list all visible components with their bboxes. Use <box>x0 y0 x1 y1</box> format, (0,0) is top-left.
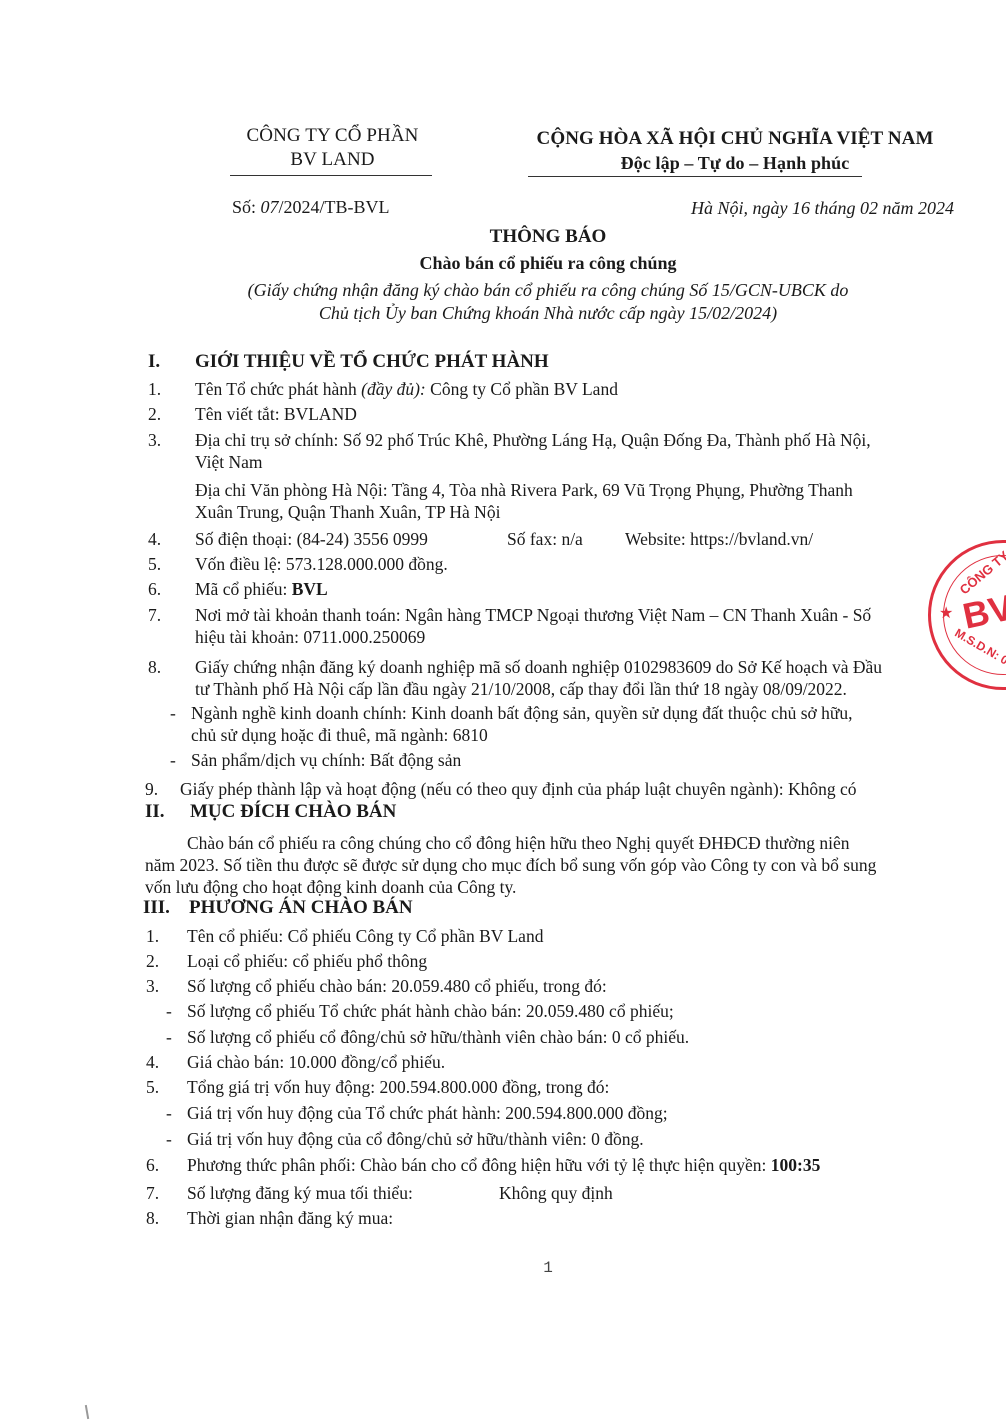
company-underline <box>230 175 432 176</box>
share-type: Loại cổ phiếu: cổ phiếu phổ thông <box>187 950 427 972</box>
certificate-note-line-1: (Giấy chứng nhận đăng ký chào bán cổ phi… <box>0 279 1006 302</box>
bank-account-line-1: Nơi mở tài khoản thanh toán: Ngân hàng T… <box>195 604 871 626</box>
doc-number-suffix: /2024/TB-BVL <box>279 197 390 217</box>
bullet: - <box>170 702 176 724</box>
share-name: Tên cổ phiếu: Cổ phiếu Công ty Cổ phần B… <box>187 925 543 947</box>
item-number: 9. <box>145 778 158 800</box>
business-registration-line-1: Giấy chứng nhận đăng ký doanh nghiệp mã … <box>195 656 882 678</box>
total-capital-raised: Tổng giá trị vốn huy động: 200.594.800.0… <box>187 1076 609 1098</box>
section-1-heading: GIỚI THIỆU VỀ TỔ CHỨC PHÁT HÀNH <box>195 351 549 373</box>
company-line-2: BV LAND <box>215 148 450 172</box>
item-number: 6. <box>148 578 161 600</box>
item-number: 7. <box>146 1182 159 1204</box>
item-number: 1. <box>148 378 161 400</box>
section-2-heading: MỤC ĐÍCH CHÀO BÁN <box>190 801 396 823</box>
charter-capital: Vốn điều lệ: 573.128.000.000 đồng. <box>195 553 448 575</box>
item-number: 4. <box>146 1051 159 1073</box>
national-header: CỘNG HÒA XÃ HỘI CHỦ NGHĨA VIỆT NAM Độc l… <box>505 127 965 175</box>
bullet: - <box>166 1128 172 1150</box>
purpose-paragraph-line-2: năm 2023. Số tiền thu được sẽ được sử dụ… <box>145 854 876 876</box>
issuer-full-name: Tên Tổ chức phát hành (đầy đủ): Công ty … <box>195 378 618 400</box>
section-2-number: II. <box>145 801 165 823</box>
document-number: Số: 07/2024/TB-BVL <box>232 197 390 218</box>
country-name: CỘNG HÒA XÃ HỘI CHỦ NGHĨA VIỆT NAM <box>505 127 965 151</box>
main-business-line-1: Ngành nghề kinh doanh chính: Kinh doanh … <box>191 702 853 724</box>
item-number: 8. <box>148 656 161 678</box>
distribution-method-label: Phương thức phân phối: Chào bán cho cổ đ… <box>187 1155 771 1175</box>
document-subtitle: Chào bán cổ phiếu ra công chúng <box>0 253 1006 274</box>
item-number: 8. <box>146 1207 159 1229</box>
shareholder-shares-offered: Số lượng cổ phiếu cổ đông/chủ sở hữu/thà… <box>187 1026 689 1048</box>
document-title: THÔNG BÁO <box>0 226 1006 248</box>
bank-account-line-2: hiệu tài khoản: 0711.000.250069 <box>195 626 425 648</box>
issuer-value: Công ty Cổ phần BV Land <box>426 379 618 399</box>
item-number: 3. <box>148 429 161 451</box>
head-office-address-line-2: Việt Nam <box>195 451 262 473</box>
purpose-paragraph-line-1: Chào bán cổ phiếu ra công chúng cho cổ đ… <box>187 832 849 854</box>
company-seal: CÔNG TY C ★ BV M.S.D.N: 010 <box>928 540 1006 690</box>
section-3-number: III. <box>143 897 170 919</box>
doc-number-handwritten: 07 <box>261 197 279 217</box>
stock-code-label: Mã cổ phiếu: <box>195 579 292 599</box>
main-business-line-2: chủ sử dụng hoặc đi thuê, mã ngành: 6810 <box>191 724 488 746</box>
hanoi-office-address-line-2: Xuân Trung, Quận Thanh Xuân, TP Hà Nội <box>195 501 500 523</box>
item-number: 1. <box>146 925 159 947</box>
bullet: - <box>166 1102 172 1124</box>
offering-price: Giá chào bán: 10.000 đồng/cổ phiếu. <box>187 1051 445 1073</box>
star-icon: ★ <box>939 603 953 623</box>
website: Website: https://bvland.vn/ <box>625 528 813 550</box>
company-name: CÔNG TY CỔ PHẦN BV LAND <box>215 124 450 172</box>
issuer-label-italic: (đầy đủ): <box>361 379 426 399</box>
head-office-address-line-1: Địa chỉ trụ sở chính: Số 92 phố Trúc Khê… <box>195 429 871 451</box>
item-number: 6. <box>146 1154 159 1176</box>
issuer-shares-offered: Số lượng cổ phiếu Tổ chức phát hành chào… <box>187 1000 674 1022</box>
business-registration-line-2: tư Thành phố Hà Nội cấp lần đầu ngày 21/… <box>195 678 847 700</box>
item-number: 2. <box>146 950 159 972</box>
certificate-note-line-2: Chủ tịch Ủy ban Chứng khoán Nhà nước cấp… <box>0 302 1006 325</box>
hanoi-office-address-line-1: Địa chỉ Văn phòng Hà Nội: Tầng 4, Tòa nh… <box>195 479 853 501</box>
place-date: Hà Nội, ngày 16 tháng 02 năm 2024 <box>691 198 954 219</box>
exercise-ratio: 100:35 <box>771 1155 821 1175</box>
minimum-subscription-label: Số lượng đăng ký mua tối thiểu: <box>187 1182 413 1204</box>
section-3-heading: PHƯƠNG ÁN CHÀO BÁN <box>189 897 413 919</box>
short-name: Tên viết tắt: BVLAND <box>195 403 357 425</box>
doc-number-prefix: Số: <box>232 197 261 217</box>
item-number: 5. <box>146 1076 159 1098</box>
bullet: - <box>166 1000 172 1022</box>
operating-license: Giấy phép thành lập và hoạt động (nếu có… <box>180 778 856 800</box>
bullet: - <box>170 749 176 771</box>
phone-number: Số điện thoại: (84-24) 3556 0999 <box>195 528 428 550</box>
shareholder-capital-raised: Giá trị vốn huy động của cổ đông/chủ sở … <box>187 1128 644 1150</box>
item-number: 5. <box>148 553 161 575</box>
issuer-capital-raised: Giá trị vốn huy động của Tổ chức phát hà… <box>187 1102 668 1124</box>
minimum-subscription-value: Không quy định <box>499 1182 613 1204</box>
company-line-1: CÔNG TY CỔ PHẦN <box>215 124 450 148</box>
motto-underline <box>528 176 862 177</box>
certificate-note: (Giấy chứng nhận đăng ký chào bán cổ phi… <box>0 279 1006 325</box>
subscription-period: Thời gian nhận đăng ký mua: <box>187 1207 393 1229</box>
main-products: Sản phẩm/dịch vụ chính: Bất động sản <box>191 749 461 771</box>
item-number: 3. <box>146 975 159 997</box>
national-motto: Độc lập – Tự do – Hạnh phúc <box>505 151 965 175</box>
item-number: 4. <box>148 528 161 550</box>
shares-offered: Số lượng cổ phiếu chào bán: 20.059.480 c… <box>187 975 607 997</box>
item-number: 2. <box>148 403 161 425</box>
section-1-number: I. <box>148 351 160 373</box>
issuer-label: Tên Tổ chức phát hành <box>195 379 361 399</box>
distribution-method: Phương thức phân phối: Chào bán cho cổ đ… <box>187 1154 820 1176</box>
bullet: - <box>166 1026 172 1048</box>
stock-code-value: BVL <box>292 579 328 599</box>
purpose-paragraph-line-3: vốn lưu động cho hoạt động kinh doanh củ… <box>145 876 516 898</box>
page-number: 1 <box>0 1259 1006 1277</box>
item-number: 7. <box>148 604 161 626</box>
fax-number: Số fax: n/a <box>507 528 583 550</box>
scan-mark <box>85 1405 89 1419</box>
stock-code: Mã cổ phiếu: BVL <box>195 578 328 600</box>
